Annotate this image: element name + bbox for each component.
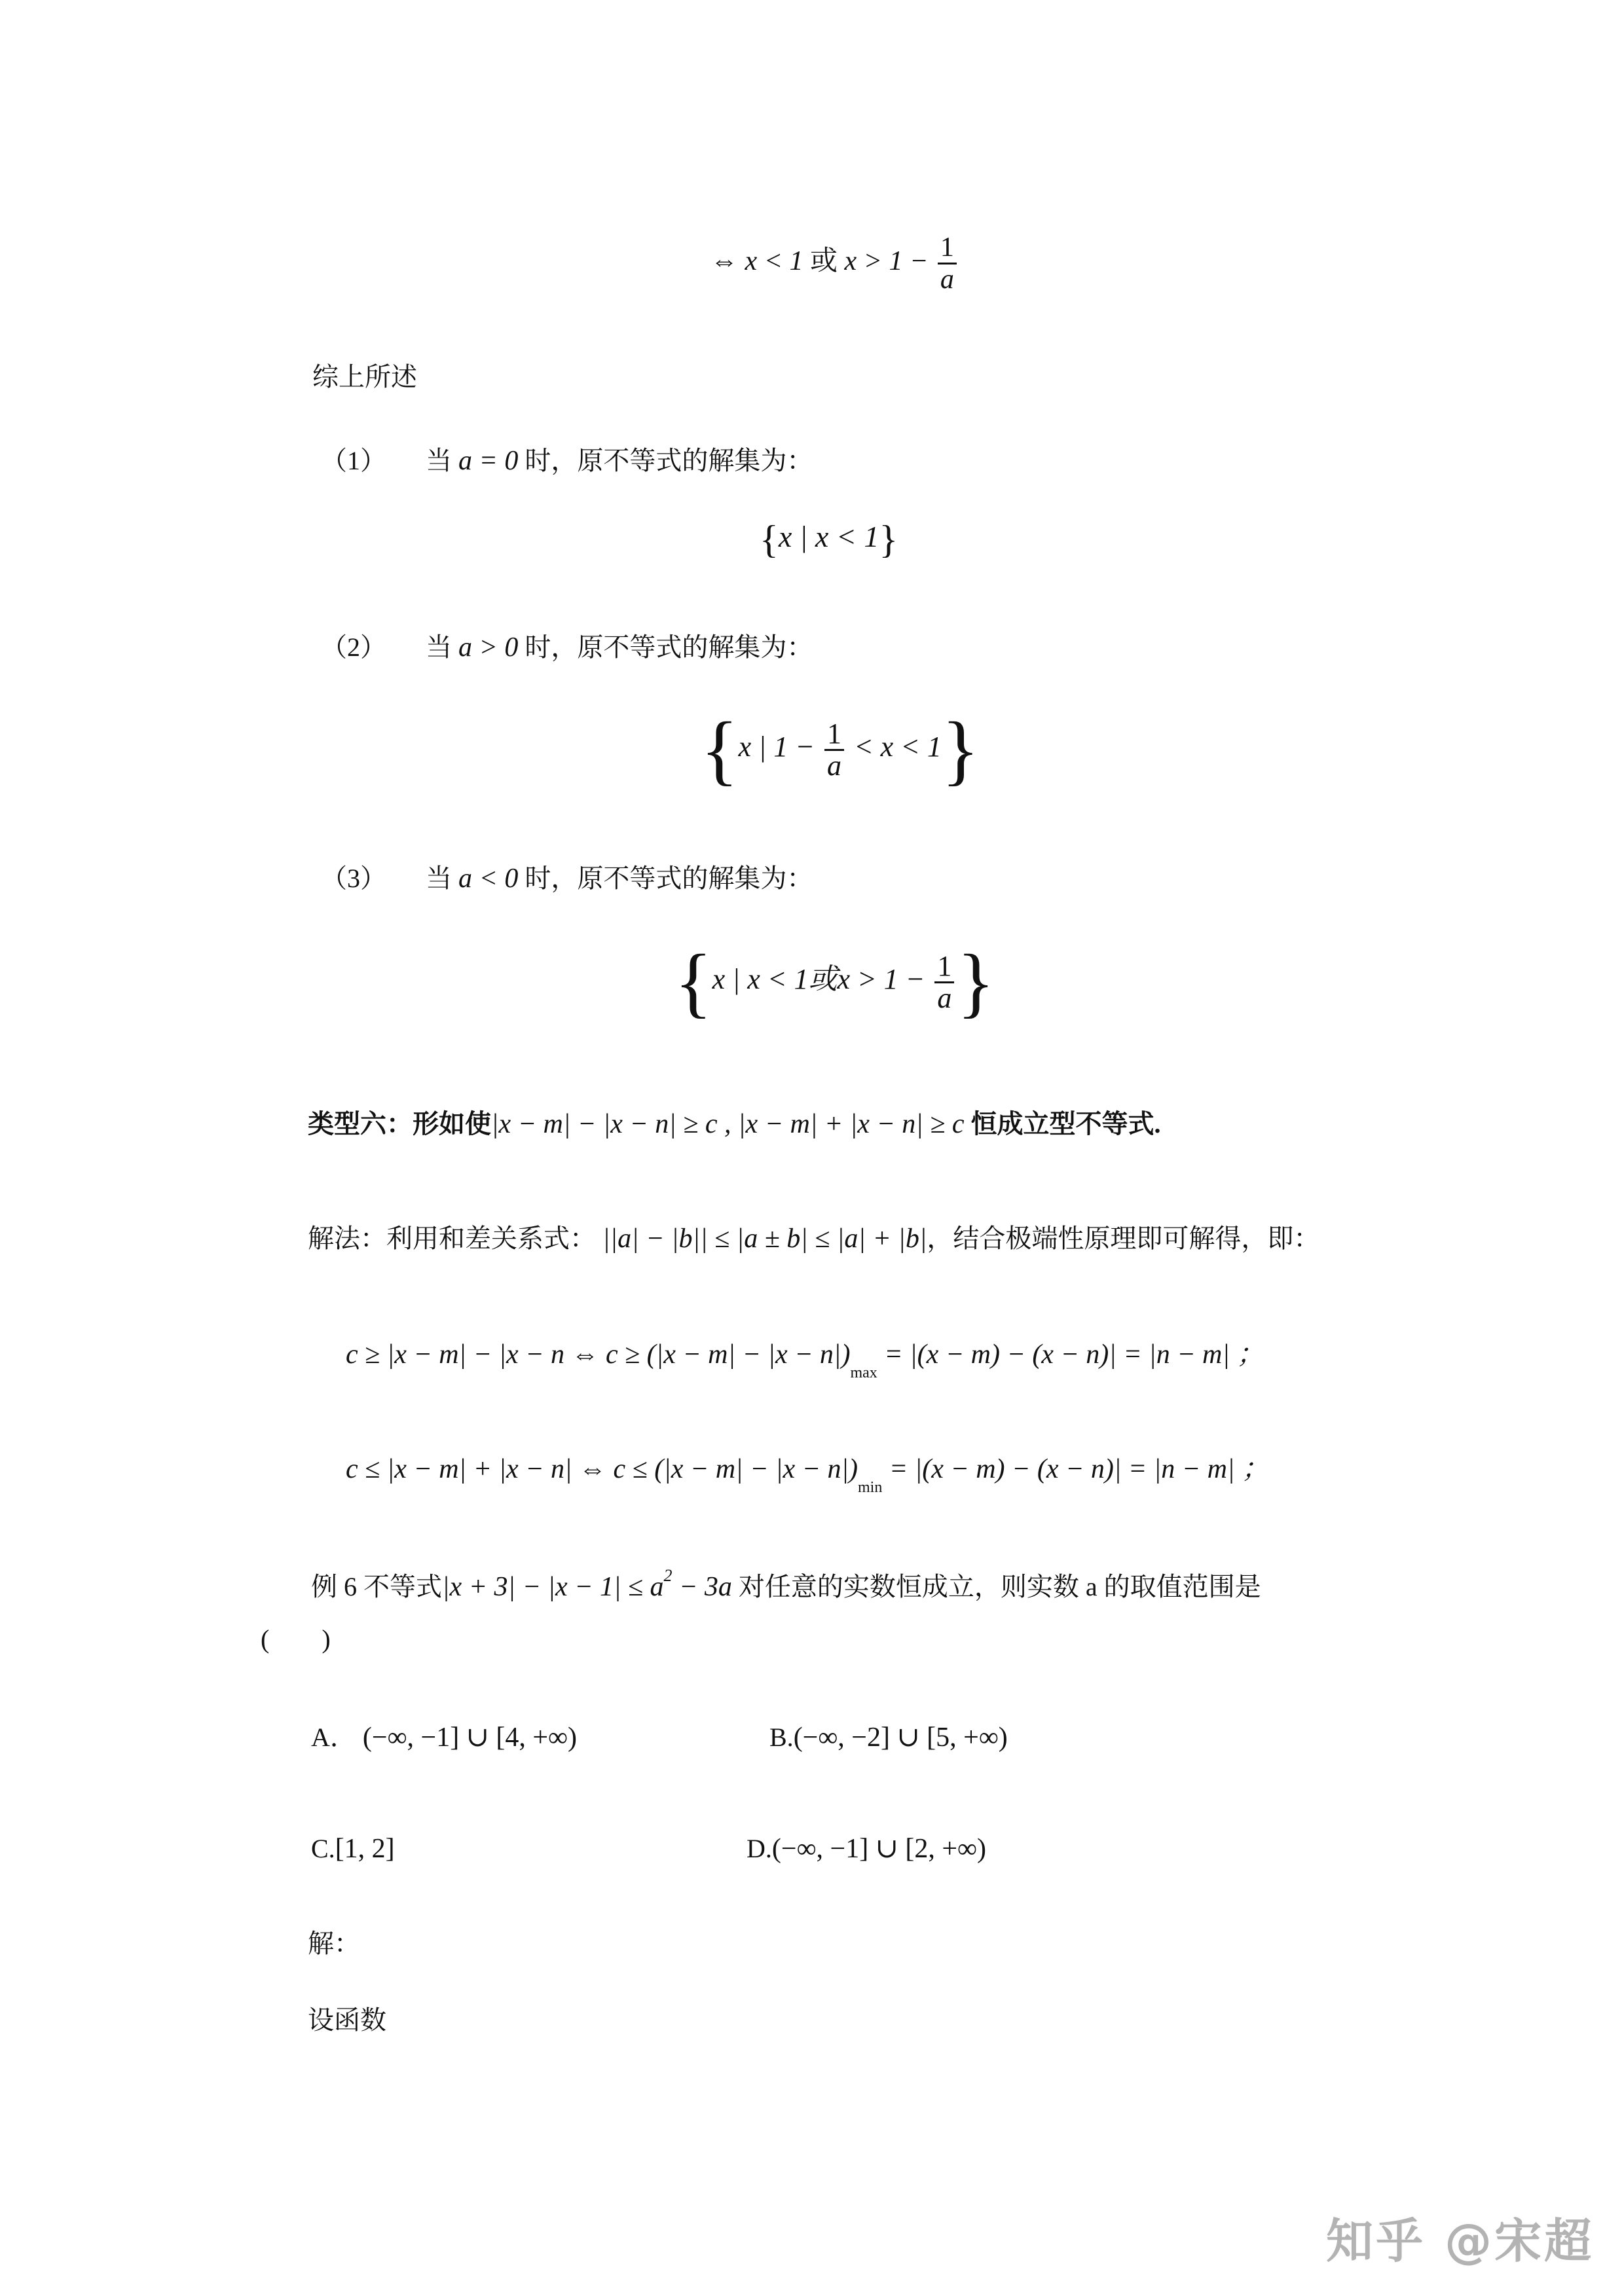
continuation-equivalence: ⇔ x < 1 或 x > 1 − 1 a [710, 232, 959, 295]
example6-question: 例 6 不等式|x + 3| − |x − 1| ≤ a2 − 3a 对任意的实… [311, 1560, 1261, 1603]
option-letter: B. [769, 1722, 794, 1752]
right-brace: } [957, 938, 995, 1025]
case-condition-math: a = 0 [458, 446, 518, 476]
method-math: ||a| − |b|| ≤ |a ± b| ≤ |a| + |b| [602, 1224, 927, 1254]
formula-lhs: c ≤ |x − m| + |x − n| ⇔ c ≤ (|x − m| − |… [346, 1454, 858, 1484]
solution-set-pre: x | 1 − [739, 731, 822, 763]
fraction: 1a [824, 719, 844, 781]
inequality-part2: x > 1 − [845, 246, 935, 276]
right-brace: } [942, 706, 980, 793]
formula-subscript: min [858, 1479, 882, 1496]
case-1-solution-set: {x | x < 1} [760, 517, 898, 562]
answer-blank: ( ) [261, 1624, 331, 1655]
case-condition-math: a > 0 [458, 632, 518, 663]
option-c: C.[1, 2] [311, 1833, 395, 1865]
case-label: （1） [321, 445, 419, 477]
option-letter: C. [311, 1834, 335, 1863]
case-condition-prefix: 当 [426, 446, 452, 475]
case-label: （2） [321, 632, 419, 663]
type6-heading: 类型六：形如使|x − m| − |x − n| ≥ c , |x − m| +… [308, 1108, 1161, 1140]
case-condition-prefix: 当 [426, 632, 452, 662]
option-value: (−∞, −2] ∪ [5, +∞) [794, 1722, 1008, 1753]
case-condition-suffix: 时，原不等式的解集为： [525, 864, 813, 893]
formula-lhs: c ≥ |x − m| − |x − n ⇔ c ≥ (|x − m| − |x… [346, 1339, 850, 1370]
fraction-numerator: 1 [934, 951, 954, 983]
type6-heading-math: |x − m| − |x − n| ≥ c , |x − m| + |x − n… [491, 1109, 965, 1139]
case-condition-suffix: 时，原不等式的解集为： [525, 632, 813, 662]
solution-set-content: x | x < 1 [779, 520, 879, 553]
formula-rhs: = |(x − m) − (x − n)| = |n − m| ； [877, 1339, 1264, 1370]
option-value: (−∞, −1] ∪ [2, +∞) [772, 1834, 986, 1864]
case-3-line: （3） 当 a < 0 时，原不等式的解集为： [321, 863, 813, 894]
case-condition-prefix: 当 [426, 864, 452, 893]
case-3-solution-set: {x | x < 1或x > 1 − 1a} [674, 943, 995, 1021]
equivalence-symbol: ⇔ [710, 246, 745, 276]
option-a: A． (−∞, −1] ∪ [4, +∞) [311, 1722, 577, 1753]
solution-first-line: 设函数 [308, 2005, 386, 2036]
example6-superscript: 2 [664, 1566, 673, 1585]
type6-heading-prefix: 类型六：形如使 [308, 1109, 491, 1139]
fraction-numerator: 1 [938, 232, 957, 264]
fraction: 1a [934, 951, 954, 1013]
case-condition-math: a < 0 [458, 864, 518, 894]
inequality-part1: x < 1 [745, 246, 803, 276]
solution-set-pre: x | x < 1或x > 1 − [712, 963, 932, 995]
right-brace: } [879, 518, 898, 561]
case-condition-suffix: 时，原不等式的解集为： [525, 446, 813, 475]
fraction-numerator: 1 [824, 719, 844, 751]
method-line: 解法：利用和差关系式： ||a| − |b|| ≤ |a ± b| ≤ |a| … [308, 1223, 1319, 1254]
fraction-denominator: a [940, 264, 954, 295]
example6-suffix: 对任意的实数恒成立，则实数 a 的取值范围是 [739, 1572, 1261, 1601]
option-b: B.(−∞, −2] ∪ [5, +∞) [769, 1722, 1008, 1753]
option-letter: D. [747, 1834, 772, 1863]
example6-math-after: − 3a [673, 1572, 732, 1602]
left-brace: { [701, 706, 739, 793]
option-value: (−∞, −1] ∪ [4, +∞) [363, 1722, 577, 1753]
case-1-line: （1） 当 a = 0 时，原不等式的解集为： [321, 445, 813, 477]
solution-label: 解： [308, 1928, 360, 1959]
case-label: （3） [321, 863, 419, 894]
fraction: 1 a [938, 232, 957, 295]
option-d: D.(−∞, −1] ∪ [2, +∞) [747, 1833, 986, 1865]
formula-max: c ≥ |x − m| − |x − n ⇔ c ≥ (|x − m| − |x… [346, 1332, 1264, 1382]
solution-set-post: < x < 1 [847, 731, 942, 763]
fraction-denominator: a [827, 751, 841, 781]
method-prefix: 解法：利用和差关系式： [308, 1224, 596, 1253]
example6-math: |x + 3| − |x − 1| ≤ a [442, 1572, 664, 1602]
case-2-solution-set: {x | 1 − 1a < x < 1} [701, 710, 979, 789]
formula-subscript: max [850, 1364, 877, 1381]
option-value: [1, 2] [335, 1834, 395, 1864]
type6-heading-suffix: 恒成立型不等式. [971, 1109, 1161, 1139]
method-suffix: ，结合极端性原理即可解得，即： [927, 1224, 1319, 1253]
summary-heading: 综上所述 [312, 361, 417, 393]
formula-min: c ≤ |x − m| + |x − n| ⇔ c ≤ (|x − m| − |… [346, 1447, 1269, 1497]
left-brace: { [760, 518, 779, 561]
or-word: 或 [810, 246, 838, 276]
case-2-line: （2） 当 a > 0 时，原不等式的解集为： [321, 632, 813, 663]
option-letter: A． [311, 1722, 356, 1752]
watermark: 知乎 @宋超 [1326, 2203, 1594, 2271]
example6-prefix: 例 6 不等式 [311, 1572, 442, 1601]
left-brace: { [674, 938, 712, 1025]
fraction-denominator: a [937, 983, 951, 1013]
formula-rhs: = |(x − m) − (x − n)| = |n − m| ； [882, 1454, 1269, 1484]
